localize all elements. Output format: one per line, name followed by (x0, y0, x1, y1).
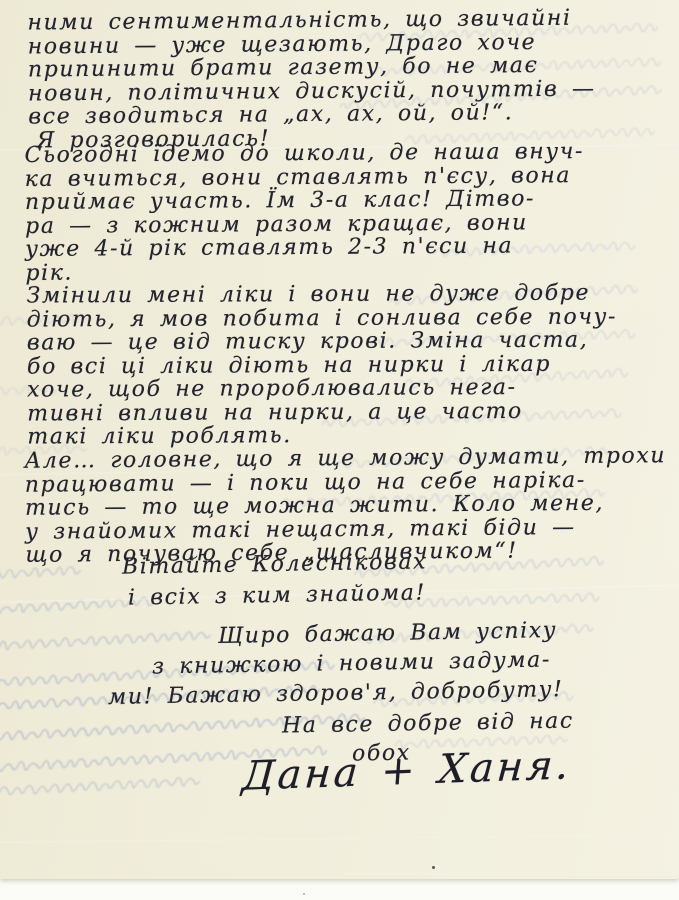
closing-line-farewell: На все добре від нас (282, 709, 574, 738)
closing-line-greetings: і всіх з ким знайома! (128, 581, 426, 610)
paragraph-1: ними сентиментальність, що звичайні нови… (27, 7, 596, 153)
letter-line: уже 4-й рік ставлять 2-3 п'єси на (25, 234, 585, 261)
letter-line: все зводиться на „ах, ах, ой, ой!“. (28, 101, 596, 129)
scan-speck (432, 866, 435, 869)
scanned-letter-page: ними сентиментальність, що звичайні нови… (0, 0, 679, 900)
signature: Дана + Ханя. (241, 754, 572, 789)
letter-line: бо всі ці ліки діють на нирки і лікар (27, 352, 617, 379)
closing-line-greetings: Вітайте Колесніковах (122, 550, 427, 579)
scan-speck (303, 893, 305, 895)
paragraph-3: Змінили мені ліки і вони не дуже добре д… (27, 281, 618, 449)
paragraph-2: Сьогодні їдемо до школи, де наша внуч- к… (25, 140, 585, 285)
paragraph-4: Але… головне, що я ще можу думати, трохи… (24, 444, 667, 567)
letter-line: тивні впливи на нирки, а це часто (27, 399, 617, 426)
letter-line: хоче, щоб не пророблювались нега- (27, 375, 617, 402)
